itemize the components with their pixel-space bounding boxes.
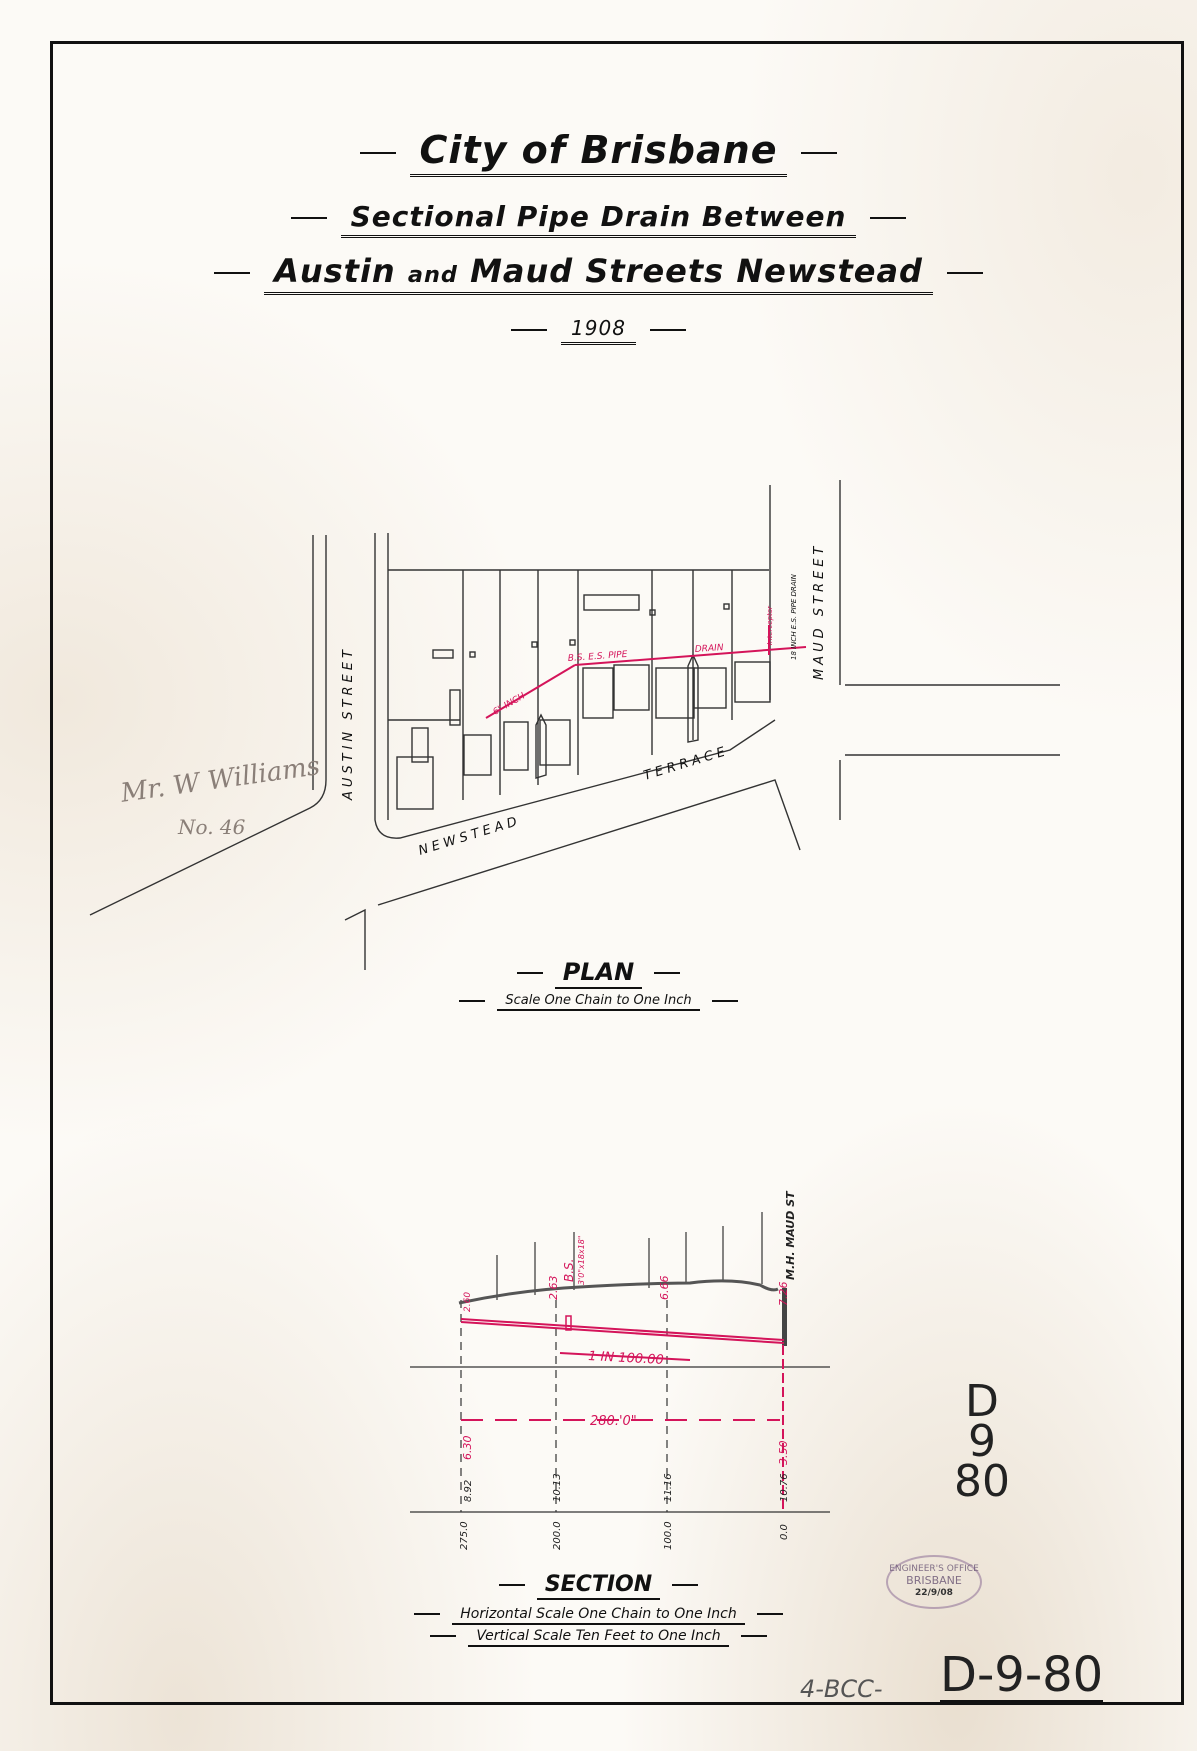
maud-st-manhole-label: M.H. MAUD ST <box>784 1190 797 1280</box>
section-drawing: 2.60 2.63 6.66 7.26 B.S. 3'0"x18x18" 1 I… <box>0 0 1197 1751</box>
depth-label: 2.60 <box>463 1292 473 1312</box>
bottom-depth-label: 6.30 <box>461 1436 474 1461</box>
level-label: 8.92 <box>463 1480 474 1502</box>
ref-prefix: 4-BCC- <box>800 1675 883 1703</box>
level-label: 11.16 <box>663 1473 674 1502</box>
depth-label: 6.66 <box>658 1276 671 1301</box>
ref-main: D-9-80 <box>940 1650 1103 1704</box>
length-label: 280.'0" <box>590 1414 637 1429</box>
bs-size-label: 3'0"x18x18" <box>577 1235 586 1285</box>
depth-label: 2.63 <box>547 1276 560 1301</box>
section-horizontal-scale: Horizontal Scale One Chain to One Inch <box>0 1606 1197 1622</box>
gradient-label: 1 IN 100.00 <box>588 1349 664 1368</box>
chainage-label: 100.0 <box>663 1521 674 1550</box>
ref-vertical: D 9 80 <box>952 1382 1012 1502</box>
chainage-label: 200.0 <box>552 1521 563 1550</box>
level-label: 10.13 <box>552 1473 563 1502</box>
bs-label: B.S. <box>562 1259 576 1282</box>
section-vertical-scale: Vertical Scale Ten Feet to One Inch <box>0 1628 1197 1644</box>
chainage-label: 0.0 <box>779 1524 790 1540</box>
level-label: 10.76 <box>779 1473 790 1502</box>
bottom-depth-label: 3.50 <box>777 1441 790 1466</box>
chainage-label: 275.0 <box>459 1521 470 1550</box>
engineers-office-stamp: ENGINEER'S OFFICE BRISBANE 22/9/08 <box>886 1555 982 1609</box>
depth-label: 7.26 <box>777 1282 790 1307</box>
section-caption: SECTION <box>0 1572 1197 1597</box>
